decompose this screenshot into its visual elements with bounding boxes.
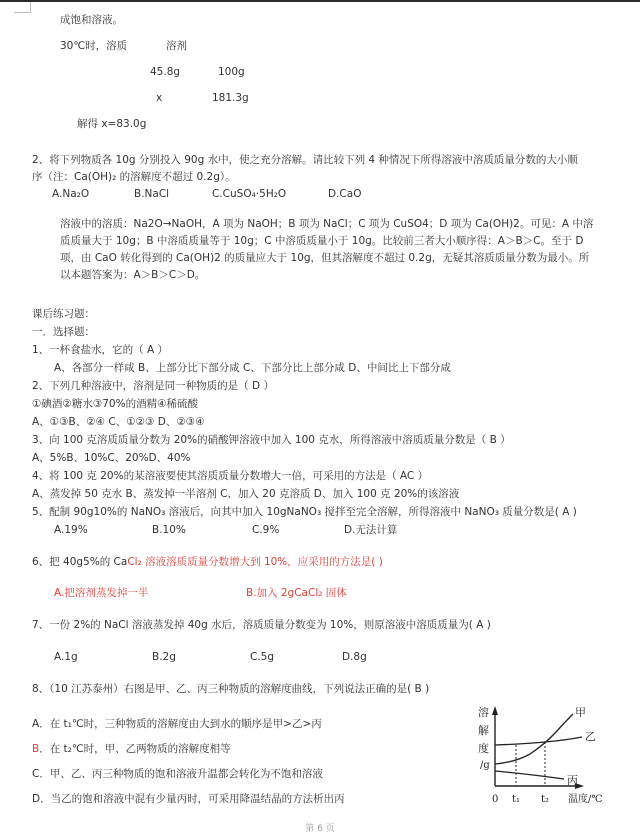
q7-option-c: C.5g [250,650,274,664]
q2-example-option-b: B.NaCl [134,187,169,201]
y-label-char: 溶 [478,705,489,719]
section-heading: 一．选择题： [32,325,95,339]
q6-option-a: A.把溶剂蒸发掉一半 [54,586,148,600]
option-text: ．当乙的饱和溶液中混有少量丙时，可采用降温结晶的方法析出丙 [40,793,345,805]
exercises-heading: 课后练习题： [32,307,95,321]
q7-stem: 7、一份 2%的 NaCl 溶液蒸发掉 40g 水后，溶质质量分数变为 10%，… [32,618,491,632]
svg-text:丙: 丙 [567,774,578,787]
q2-stem: 2、下列几种溶液中，溶剂是同一种物质的是（ D ） [32,379,274,393]
q3-stem: 3、向 100 克溶质质量分数为 20%的硝酸钾溶液中加入 100 克水，所得溶… [32,433,511,447]
q8-option-a: A．在 t₁℃时，三种物质的溶解度由大到水的顺序是甲>乙>丙 [32,717,322,731]
analysis-line: 质质量大于 10g；B 中溶质质量等于 10g；C 中溶质质量小于 10g。比较… [60,234,583,248]
solution-row3-col1: x [156,91,162,105]
q5-option-a: A.19% [54,523,88,537]
option-letter: D [32,793,40,805]
svg-text:t₁: t₁ [512,794,520,805]
option-text: ．在 t₁℃时，三种物质的溶解度由大到水的顺序是甲>乙>丙 [39,718,322,730]
q5-option-b: B.10% [152,523,186,537]
q2-example-option-c: C.CuSO₄·5H₂O [212,187,286,201]
solution-row3-col2: 181.3g [212,91,249,105]
q7-option-d: D.8g [342,650,367,664]
option-text: ．甲、乙、丙三种物质的饱和溶液升温都会转化为不饱和溶液 [39,768,323,780]
q6-option-b: B.加入 2gCaCl₂ 固体 [246,586,347,600]
solution-row1-col2: 溶剂 [166,39,187,53]
q8-stem: 8、（10 江苏泰州）右图是甲、乙、丙三种物质的溶解度曲线，下列说法正确的是( … [32,682,429,696]
page-number: 第 6 页 [0,821,640,834]
q2-example-stem-line1: 2、将下列物质各 10g 分别投入 90g 水中，使之充分溶解。请比较下列 4 … [32,153,578,167]
top-border [0,0,640,2]
q2-options: A、①③B、②④ C、①②③ D、②③④ [32,415,205,429]
q1-options: A、各部分一样咸 B、上部分比下部分咸 C、下部分比上部分咸 D、中间比上下部分… [54,361,451,375]
solution-intro: 成饱和溶液。 [60,13,123,27]
analysis-line: 以本题答案为：A＞B＞C＞D。 [60,268,205,282]
q6-stem: 6、把 40g5%的 CaCl₂ 溶液溶质质量分数增大到 10%，应采用的方法是… [32,555,383,569]
q5-option-d: D.无法计算 [344,523,397,537]
option-text: ．在 t₂℃时，甲、乙两物质的溶解度相等 [39,743,230,755]
q1-stem: 1、一杯食盐水，它的（ A ） [32,343,168,357]
solution-row2-col1: 45.8g [150,65,180,79]
y-label-char: 解 [478,723,489,737]
q6-stem-black: 6、把 40g5%的 Ca [32,556,127,568]
q6-stem-red: Cl₂ 溶液溶质质量分数增大到 10%，应采用的方法是( ) [127,556,383,568]
svg-text:温度/℃: 温度/℃ [568,792,603,805]
q2-items: ①碘酒②糖水③70%的酒精④稀硫酸 [32,397,198,411]
solubility-curve-chart: 溶 解 度 /g 甲 乙 丙 0 t₁ t₂ 温度/℃ [478,704,628,808]
solution-row2-col2: 100g [218,65,245,79]
svg-text:0: 0 [492,794,498,805]
svg-text:乙: 乙 [585,730,596,743]
svg-text:t₂: t₂ [541,794,549,805]
solution-row1-label: 30℃时，溶质 [60,39,127,53]
q4-stem: 4、将 100 克 20%的某溶液要使其溶质质量分数增大一倍，可采用的方法是（ … [32,469,428,483]
page-corner-mark [14,2,31,13]
analysis-line: 溶液中的溶质：Na2O→NaOH，A 项为 NaOH；B 项为 NaCl；C 项… [60,217,593,231]
q5-stem: 5、配制 90g10%的 NaNO₃ 溶液后，向其中加入 10gNaNO₃ 搅拌… [32,505,577,519]
q8-option-d: D．当乙的饱和溶液中混有少量丙时，可采用降温结晶的方法析出丙 [32,792,345,806]
q8-option-b: B．在 t₂℃时，甲、乙两物质的溶解度相等 [32,742,231,756]
q2-example-option-a: A.Na₂O [52,187,89,201]
q7-option-a: A.1g [54,650,78,664]
q3-options: A、5%B、10%C、20%D、40% [32,451,190,465]
analysis-line: 项，由 CaO 转化得到的 Ca(OH)2 的质量应大于 10g，但其溶解度不超… [60,251,589,265]
q8-option-c: C．甲、乙、丙三种物质的饱和溶液升温都会转化为不饱和溶液 [32,767,323,781]
y-label-char: 度 [478,741,489,755]
q2-example-option-d: D.CaO [328,187,361,201]
q5-option-c: C.9% [252,523,279,537]
q4-options: A、蒸发掉 50 克水 B、蒸发掉一半溶剂 C、加入 20 克溶质 D、加入 1… [32,487,459,501]
svg-text:甲: 甲 [575,706,586,719]
y-label-char: /g [480,760,490,771]
q7-option-b: B.2g [152,650,176,664]
solution-result: 解得 x=83.0g [77,117,146,131]
q2-example-stem-line2: 序（注：Ca(OH)₂ 的溶解度不超过 0.2g）。 [32,170,236,184]
